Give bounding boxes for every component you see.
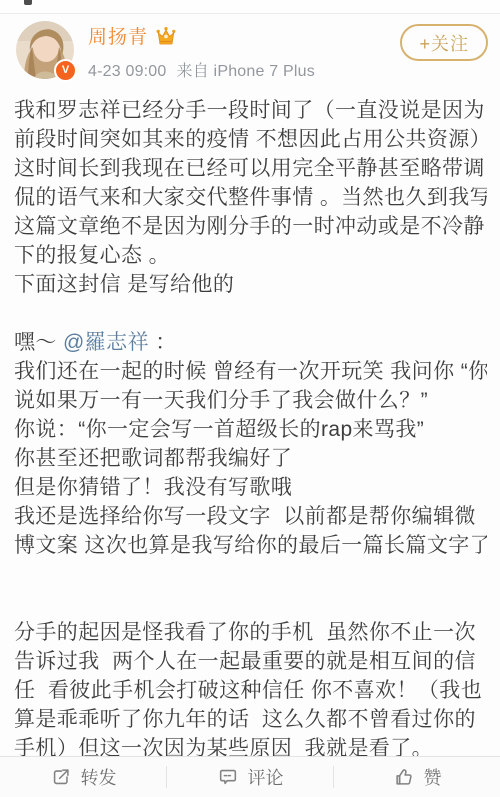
post-text-line: 这时间长到我现在已经可以用完全平静甚至略带调 [14, 154, 487, 183]
post-text-line: 下的报复心态 。 [14, 241, 487, 270]
source-label: 来自 iPhone 7 Plus [177, 63, 315, 80]
comment-button[interactable]: 评论 [167, 757, 333, 797]
comment-label: 评论 [248, 764, 284, 790]
intro-paragraph: 我和罗志祥已经分手一段时间了（一直没说是因为前段时间突如其来的疫情 不想因此占用… [14, 96, 487, 328]
greeting-post: ： [149, 331, 177, 354]
second-paragraph: 分手的起因是怪我看了你的手机 虽然你不止一次告诉过我 两个人在一起最重要的就是相… [14, 618, 487, 757]
post-text-line: 我和罗志祥已经分手一段时间了（一直没说是因为 [14, 96, 487, 125]
post-text-line: 告诉过我 两个人在一起最重要的就是相互间的信 [14, 647, 487, 676]
post-text-line: 前段时间突如其来的疫情 不想因此占用公共资源） [14, 125, 487, 154]
weibo-post-screen: V 周扬青 4-23 09:00来自 iPhone 7 Plus [0, 0, 500, 797]
repost-icon [50, 766, 72, 788]
post-text-line: 博文案 这次也算是我写给你的最后一篇长篇文字了 [14, 531, 487, 560]
action-toolbar: 转发 评论 赞 [0, 756, 500, 797]
verified-badge: V [54, 59, 77, 82]
post-text-line: 说如果万一有一天我们分手了我会做什么？” [14, 386, 487, 415]
post-text-line: 这篇文章绝不是因为刚分手的一时冲动或是不冷静 [14, 212, 487, 241]
post-text-line [14, 299, 487, 328]
mention-link[interactable]: @羅志祥 [63, 331, 149, 354]
post-meta: 4-23 09:00来自 iPhone 7 Plus [88, 58, 315, 81]
post-text-line: 我们还在一起的时候 曾经有一次开玩笑 我问你 “你 [14, 357, 487, 386]
post-text-line [14, 560, 487, 589]
post-text-line: 任 看彼此手机会打破这种信任 你不喜欢！（我也 [14, 676, 487, 705]
post-text-line: 你甚至还把歌词都帮我编好了 [14, 444, 487, 473]
comment-icon [217, 766, 239, 788]
post-text-line: 侃的语气来和大家交代整件事情 。当然也久到我写 [14, 183, 487, 212]
repost-button[interactable]: 转发 [0, 757, 166, 797]
like-label: 赞 [424, 764, 442, 790]
letter-paragraph: 我们还在一起的时候 曾经有一次开玩笑 我问你 “你说如果万一有一天我们分手了我会… [14, 357, 487, 618]
timestamp: 4-23 09:00 [88, 63, 167, 80]
user-block: 周扬青 4-23 09:00来自 iPhone 7 Plus [88, 22, 315, 81]
follow-button[interactable]: +关注 [400, 24, 488, 61]
post-text-line: 我还是选择给你写一段文字 以前都是帮你编辑微 [14, 502, 487, 531]
post-text-line: 但是你猜错了！我没有写歌哦 [14, 473, 487, 502]
post-text-line: 算是乖乖听了你九年的话 这么久都不曾看过你的 [14, 705, 487, 734]
post-text-line [14, 589, 487, 618]
like-icon [393, 766, 415, 788]
status-bar-strip [0, 0, 500, 14]
status-artifact [24, 0, 32, 5]
post-content: 我和罗志祥已经分手一段时间了（一直没说是因为前段时间突如其来的疫情 不想因此占用… [14, 96, 487, 757]
like-button[interactable]: 赞 [334, 757, 500, 797]
post-text-line: 下面这封信 是写给他的 [14, 270, 487, 299]
repost-label: 转发 [81, 764, 117, 790]
vip-crown-icon [155, 25, 177, 47]
username[interactable]: 周扬青 [88, 22, 148, 49]
post-text-line: 分手的起因是怪我看了你的手机 虽然你不止一次 [14, 618, 487, 647]
avatar[interactable]: V [16, 21, 74, 79]
post-text-line: 手机）但这一次因为某些原因 我就是看了。 [14, 734, 487, 757]
greeting-pre: 嘿～ [14, 331, 63, 354]
post-text-line: 你说：“你一定会写一首超级长的rap来骂我” [14, 415, 487, 444]
letter-greeting-line: 嘿～ @羅志祥 ： [14, 328, 487, 357]
post-header: V 周扬青 4-23 09:00来自 iPhone 7 Plus [0, 14, 500, 96]
